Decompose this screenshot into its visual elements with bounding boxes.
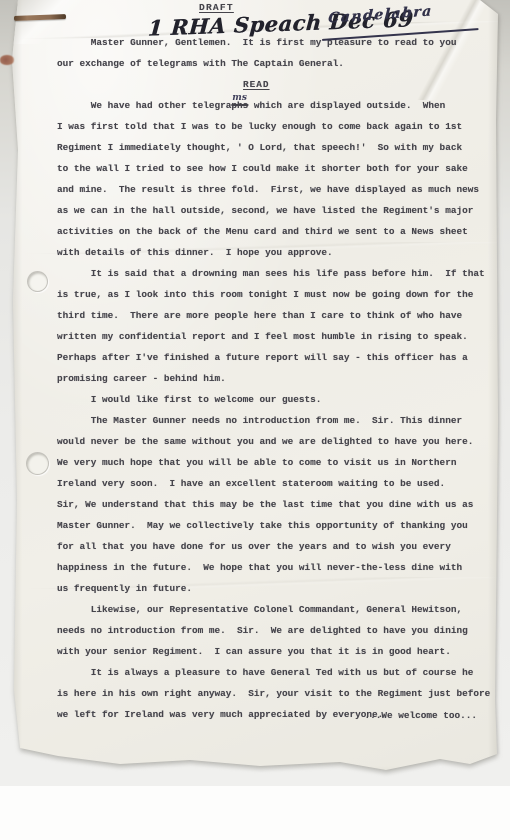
edge-shadow-right <box>488 0 498 782</box>
typed-line: happiness in the future. We hope that yo… <box>57 557 481 578</box>
typed-line: It is said that a drowning man sees his … <box>57 263 481 284</box>
typed-line: written my confidential report and I fee… <box>57 326 481 347</box>
typed-line-with-correction: We have had other telegraphsms which are… <box>57 95 481 116</box>
edge-shadow-left <box>10 0 22 782</box>
typed-line: Sir, We understand that this may be the … <box>57 494 481 515</box>
typed-line: Master Gunner. May we collectively take … <box>57 515 481 536</box>
typed-line: We very much hope that you will be able … <box>57 452 481 473</box>
punch-hole-bottom <box>26 452 49 475</box>
typed-text: which are displayed outside. When <box>248 100 445 111</box>
typed-line: Perhaps after I've finished a future rep… <box>57 347 481 368</box>
continuation-cue: ...We welcome too... <box>57 710 477 721</box>
read-marker: READ <box>57 74 481 95</box>
typed-line: Likewise, our Representative Colonel Com… <box>57 599 481 620</box>
typed-line: is here in his own right anyway. Sir, yo… <box>57 683 481 704</box>
scanned-document-page: DRAFT 1 RHA Speach Dec 69 Candelabra Mas… <box>0 0 510 840</box>
typed-line: and mine. The result is three fold. Firs… <box>57 179 481 200</box>
typed-line: with details of this dinner. I hope you … <box>57 242 481 263</box>
typed-line: is true, as I look into this room tonigh… <box>57 284 481 305</box>
read-marker-text: READ <box>243 79 270 90</box>
typed-line: would never be the same without you and … <box>57 431 481 452</box>
typed-line: activities on the back of the Menu card … <box>57 221 481 242</box>
punch-hole-top <box>27 271 48 292</box>
typed-line: third time. There are more people here t… <box>57 305 481 326</box>
typed-body: Master Gunner, Gentlemen. It is first my… <box>57 32 481 725</box>
edge-shadow-bottom <box>10 766 498 782</box>
rust-stain <box>0 55 14 65</box>
typed-line: It is always a pleasure to have General … <box>57 662 481 683</box>
typed-line: I was first told that I was to be lucky … <box>57 116 481 137</box>
typed-line: with your senior Regiment. I can assure … <box>57 641 481 662</box>
typed-line: us frequently in future. <box>57 578 481 599</box>
typed-line: to the wall I tried to see how I could m… <box>57 158 481 179</box>
typed-text: We have had other telegra <box>57 100 231 111</box>
typed-line: I would like first to welcome our guests… <box>57 389 481 410</box>
typed-line: promising career - behind him. <box>57 368 481 389</box>
typed-line: Regiment I immediately thought, ' O Lord… <box>57 137 481 158</box>
typed-line: Ireland very soon. I have an excellent s… <box>57 473 481 494</box>
draft-heading: DRAFT <box>199 2 234 13</box>
typed-line: The Master Gunner needs no introduction … <box>57 410 481 431</box>
typed-line: for all that you have done for us over t… <box>57 536 481 557</box>
typed-line: as we can in the hall outside, second, w… <box>57 200 481 221</box>
typed-line: needs no introduction from me. Sir. We a… <box>57 620 481 641</box>
typed-line: our exchange of telegrams with The Capta… <box>57 53 481 74</box>
